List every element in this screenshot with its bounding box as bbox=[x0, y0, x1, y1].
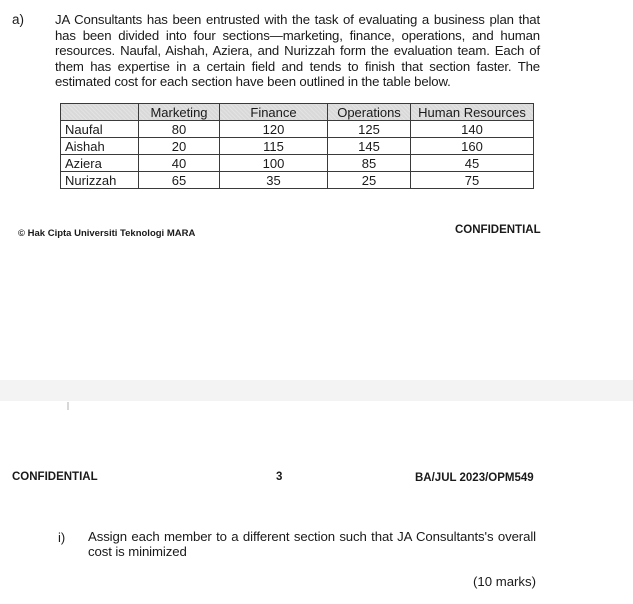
marks-allocation: (10 marks) bbox=[473, 574, 536, 589]
cost-cell: 100 bbox=[220, 155, 328, 172]
header-finance: Finance bbox=[220, 104, 328, 121]
header-marketing: Marketing bbox=[139, 104, 220, 121]
cost-cell: 145 bbox=[328, 138, 411, 155]
table-row: Aziera 40 100 85 45 bbox=[61, 155, 534, 172]
page-break-divider bbox=[0, 380, 633, 401]
copyright-notice: © Hak Cipta Universiti Teknologi MARA bbox=[18, 228, 195, 239]
cost-cell: 80 bbox=[139, 121, 220, 138]
cost-cell: 40 bbox=[139, 155, 220, 172]
table-row: Aishah 20 115 145 160 bbox=[61, 138, 534, 155]
cost-cell: 85 bbox=[328, 155, 411, 172]
header-operations: Operations bbox=[328, 104, 411, 121]
cost-cell: 115 bbox=[220, 138, 328, 155]
page-number: 3 bbox=[276, 471, 282, 483]
question-text: JA Consultants has been entrusted with t… bbox=[55, 12, 540, 90]
cost-table: Marketing Finance Operations Human Resou… bbox=[60, 103, 534, 189]
course-code: BA/JUL 2023/OPM549 bbox=[415, 472, 534, 484]
cost-cell: 120 bbox=[220, 121, 328, 138]
member-name: Aishah bbox=[61, 138, 139, 155]
table-row: Naufal 80 120 125 140 bbox=[61, 121, 534, 138]
cost-cell: 45 bbox=[411, 155, 534, 172]
member-name: Aziera bbox=[61, 155, 139, 172]
cost-cell: 35 bbox=[220, 172, 328, 189]
cost-cell: 65 bbox=[139, 172, 220, 189]
scan-artifact bbox=[67, 402, 69, 410]
table-row: Nurizzah 65 35 25 75 bbox=[61, 172, 534, 189]
cost-cell: 75 bbox=[411, 172, 534, 189]
confidential-footer: CONFIDENTIAL bbox=[455, 224, 541, 236]
header-human-resources: Human Resources bbox=[411, 104, 534, 121]
member-name: Naufal bbox=[61, 121, 139, 138]
cost-cell: 20 bbox=[139, 138, 220, 155]
cost-cell: 140 bbox=[411, 121, 534, 138]
cost-cell: 160 bbox=[411, 138, 534, 155]
member-name: Nurizzah bbox=[61, 172, 139, 189]
confidential-header: CONFIDENTIAL bbox=[12, 471, 98, 483]
cost-cell: 125 bbox=[328, 121, 411, 138]
subquestion-label: i) bbox=[58, 530, 65, 545]
question-label: a) bbox=[12, 12, 24, 27]
header-corner bbox=[61, 104, 139, 121]
table-header-row: Marketing Finance Operations Human Resou… bbox=[61, 104, 534, 121]
cost-cell: 25 bbox=[328, 172, 411, 189]
subquestion-text: Assign each member to a different sectio… bbox=[88, 530, 536, 559]
